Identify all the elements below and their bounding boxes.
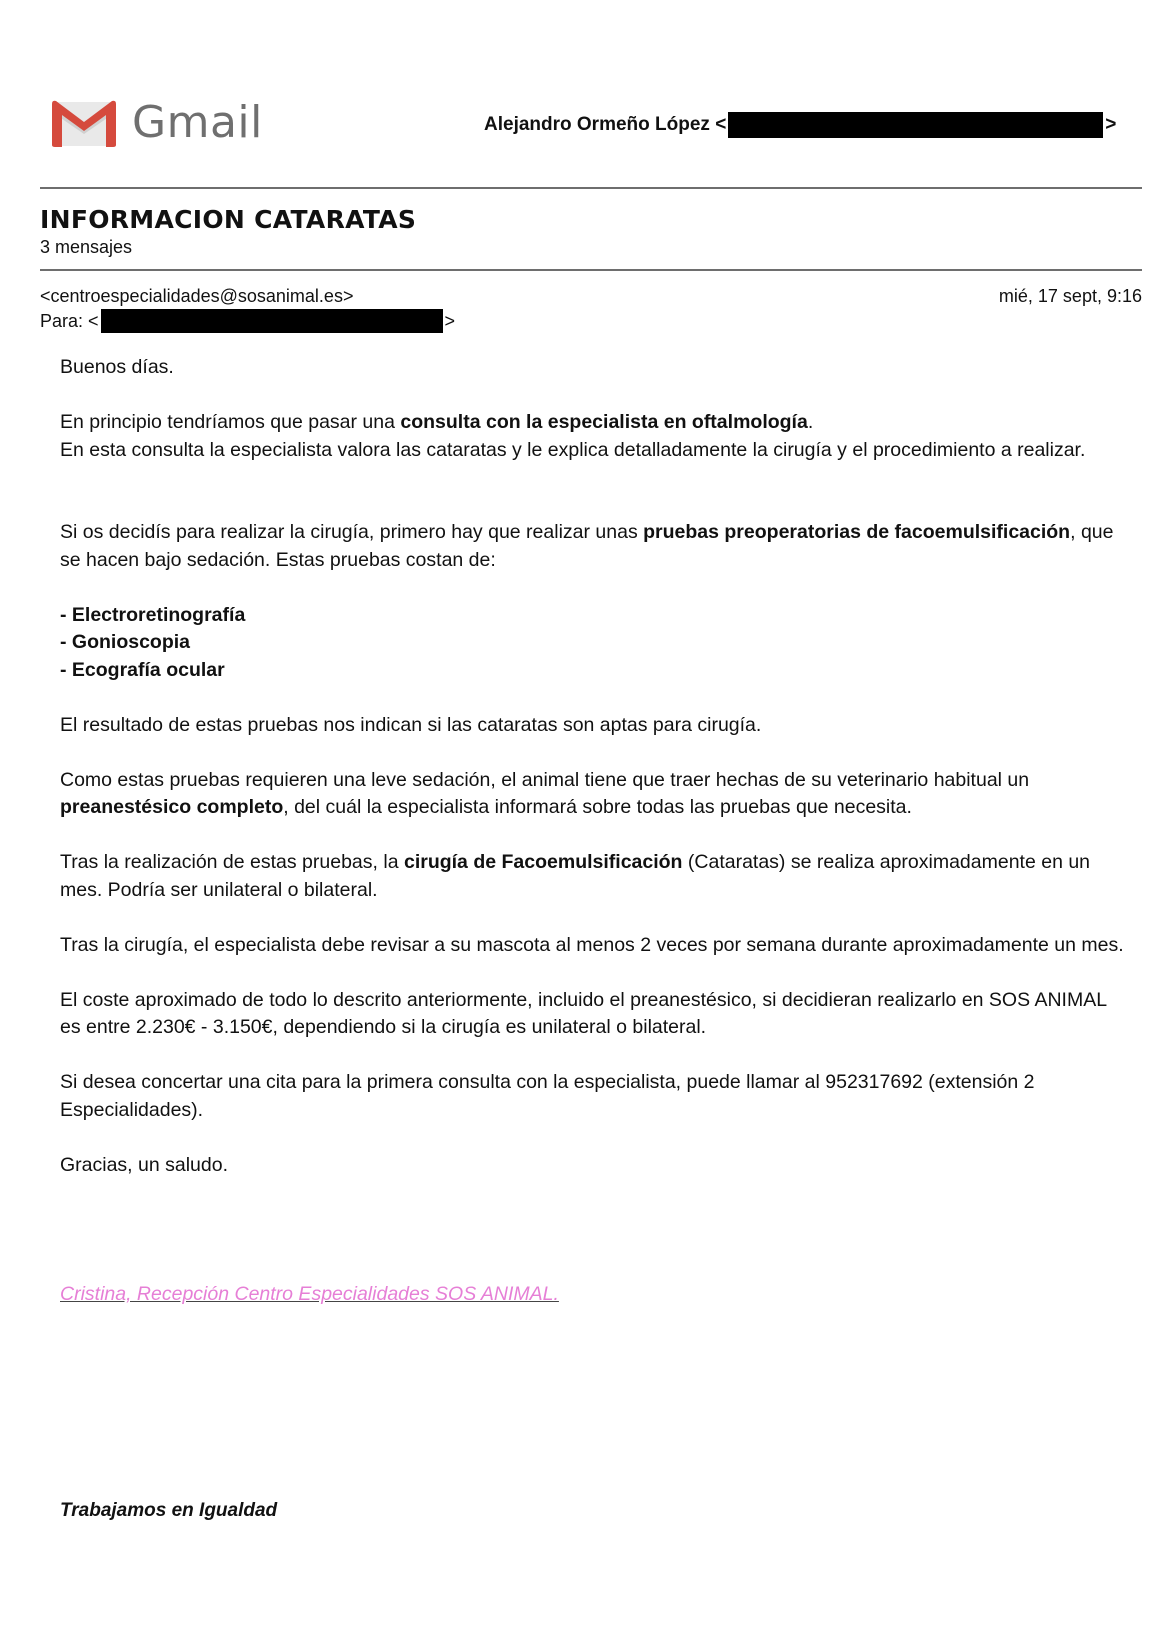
- test-item: - Electroretinografía: [60, 602, 1130, 630]
- paragraph: El coste aproximado de todo lo descrito …: [60, 987, 1130, 1042]
- gmail-header: Gmail Alejandro Ormeño López <>: [40, 98, 1142, 150]
- gmail-wordmark: Gmail: [132, 99, 263, 147]
- message-date: mié, 17 sept, 9:16: [999, 286, 1142, 307]
- paragraph: Como estas pruebas requieren una leve se…: [60, 767, 1130, 822]
- divider: [40, 269, 1142, 271]
- paragraph: Tras la realización de estas pruebas, la…: [60, 849, 1130, 904]
- paragraph: Si os decidís para realizar la cirugía, …: [60, 519, 1130, 574]
- paragraph: Si desea concertar una cita para la prim…: [60, 1069, 1130, 1124]
- paragraph: En principio tendríamos que pasar una co…: [60, 409, 1130, 437]
- gmail-logo: Gmail: [50, 98, 263, 148]
- paragraph: En esta consulta la especialista valora …: [60, 437, 1130, 465]
- divider: [40, 187, 1142, 189]
- test-item: - Ecografía ocular: [60, 657, 1130, 685]
- recipient-line: Para: <>: [40, 309, 455, 333]
- thread-subject: INFORMACION CATARATAS: [40, 205, 416, 234]
- paragraph: El resultado de estas pruebas nos indica…: [60, 712, 1130, 740]
- test-item: - Gonioscopia: [60, 629, 1130, 657]
- greeting: Buenos días.: [60, 354, 1130, 382]
- to-label: Para:: [40, 311, 83, 332]
- sender-address: <centroespecialidades@sosanimal.es>: [40, 286, 353, 307]
- account-identity: Alejandro Ormeño López <>: [484, 112, 1116, 138]
- redacted-recipient-email: [101, 309, 443, 333]
- paragraph: Tras la cirugía, el especialista debe re…: [60, 932, 1130, 960]
- gmail-m-icon: [50, 98, 118, 148]
- signature-link[interactable]: Cristina, Recepción Centro Especialidade…: [60, 1283, 559, 1306]
- message-count: 3 mensajes: [40, 237, 132, 258]
- footer-tagline: Trabajamos en Igualdad: [60, 1500, 277, 1522]
- closing: Gracias, un saludo.: [60, 1152, 1130, 1180]
- account-name: Alejandro Ormeño López: [484, 114, 710, 136]
- redacted-account-email: [728, 112, 1103, 138]
- message-body: Buenos días. En principio tendríamos que…: [60, 354, 1130, 1179]
